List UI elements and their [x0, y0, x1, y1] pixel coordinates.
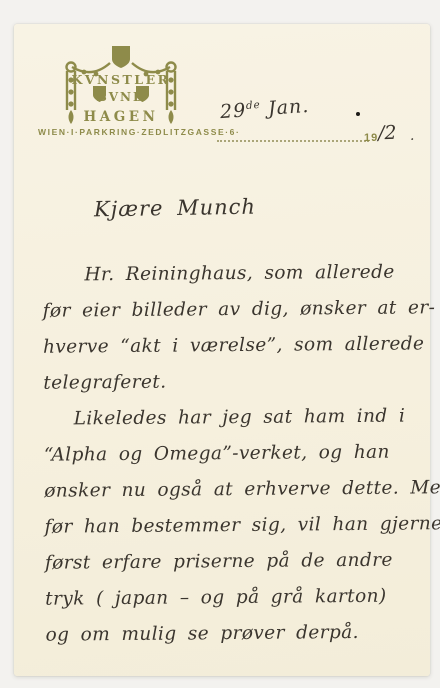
- date-ordinal: de: [246, 99, 262, 112]
- org-name-line1: KVNSTLER: [71, 72, 170, 87]
- body-line: Likeledes har jeg sat ham ind i: [44, 398, 432, 437]
- body-line: Hr. Reininghaus, som allerede: [42, 254, 430, 293]
- body-line: hverve “akt i værelse”, som allerede: [43, 326, 431, 365]
- letter-body: Hr. Reininghaus, som allerede før eier b…: [42, 254, 433, 653]
- address-line: WIEN·I·PARKRING·ZEDLITZGASSE·6·: [38, 127, 240, 137]
- date-dotted-line: [217, 140, 369, 142]
- logo-text: KVNSTLER BVND HAGEN: [71, 72, 170, 125]
- body-line: tryk ( japan – og på grå karton): [45, 578, 433, 617]
- body-line: først erfare priserne på de andre: [45, 542, 433, 581]
- photo-background: { "letterhead": { "org_line1": "KVNSTLER…: [0, 0, 440, 688]
- body-line: “Alpha og Omega”-verket, og han: [44, 434, 432, 473]
- logo-drop-left-icon: [69, 110, 74, 124]
- handwritten-date: 29de Jan.: [219, 95, 310, 123]
- date-month: Jan.: [267, 95, 310, 120]
- salutation: Kjære Munch: [94, 195, 256, 222]
- body-line: og om mulig se prøver derpå.: [45, 614, 433, 653]
- org-name-line2: BVND: [97, 90, 146, 104]
- date-day: 29: [219, 99, 247, 123]
- logo-drop-right-icon: [169, 110, 174, 124]
- printed-year-prefix: 19: [364, 132, 378, 144]
- date-trailing-period: .: [410, 128, 414, 144]
- letter-paper: KVNSTLER BVND HAGEN WIEN·I·PARKRING·ZEDL…: [14, 24, 430, 676]
- body-line: før han bestemmer sig, vil han gjerne: [44, 506, 432, 545]
- body-line: ønsker nu også at erhverve dette. Men: [44, 470, 432, 509]
- logo-garland-right-icon: [132, 63, 170, 72]
- body-line: før eier billeder av dig, ønsker at er-: [43, 290, 431, 329]
- logo-shield-top-icon: [112, 46, 130, 68]
- logo-garland-left-icon: [72, 63, 110, 72]
- body-line: telegraferet.: [43, 362, 431, 401]
- handwritten-year: /2: [378, 122, 397, 145]
- ink-speck: [356, 112, 360, 116]
- org-name-line3: HAGEN: [84, 109, 159, 125]
- letterhead-logo: KVNSTLER BVND HAGEN: [60, 44, 182, 130]
